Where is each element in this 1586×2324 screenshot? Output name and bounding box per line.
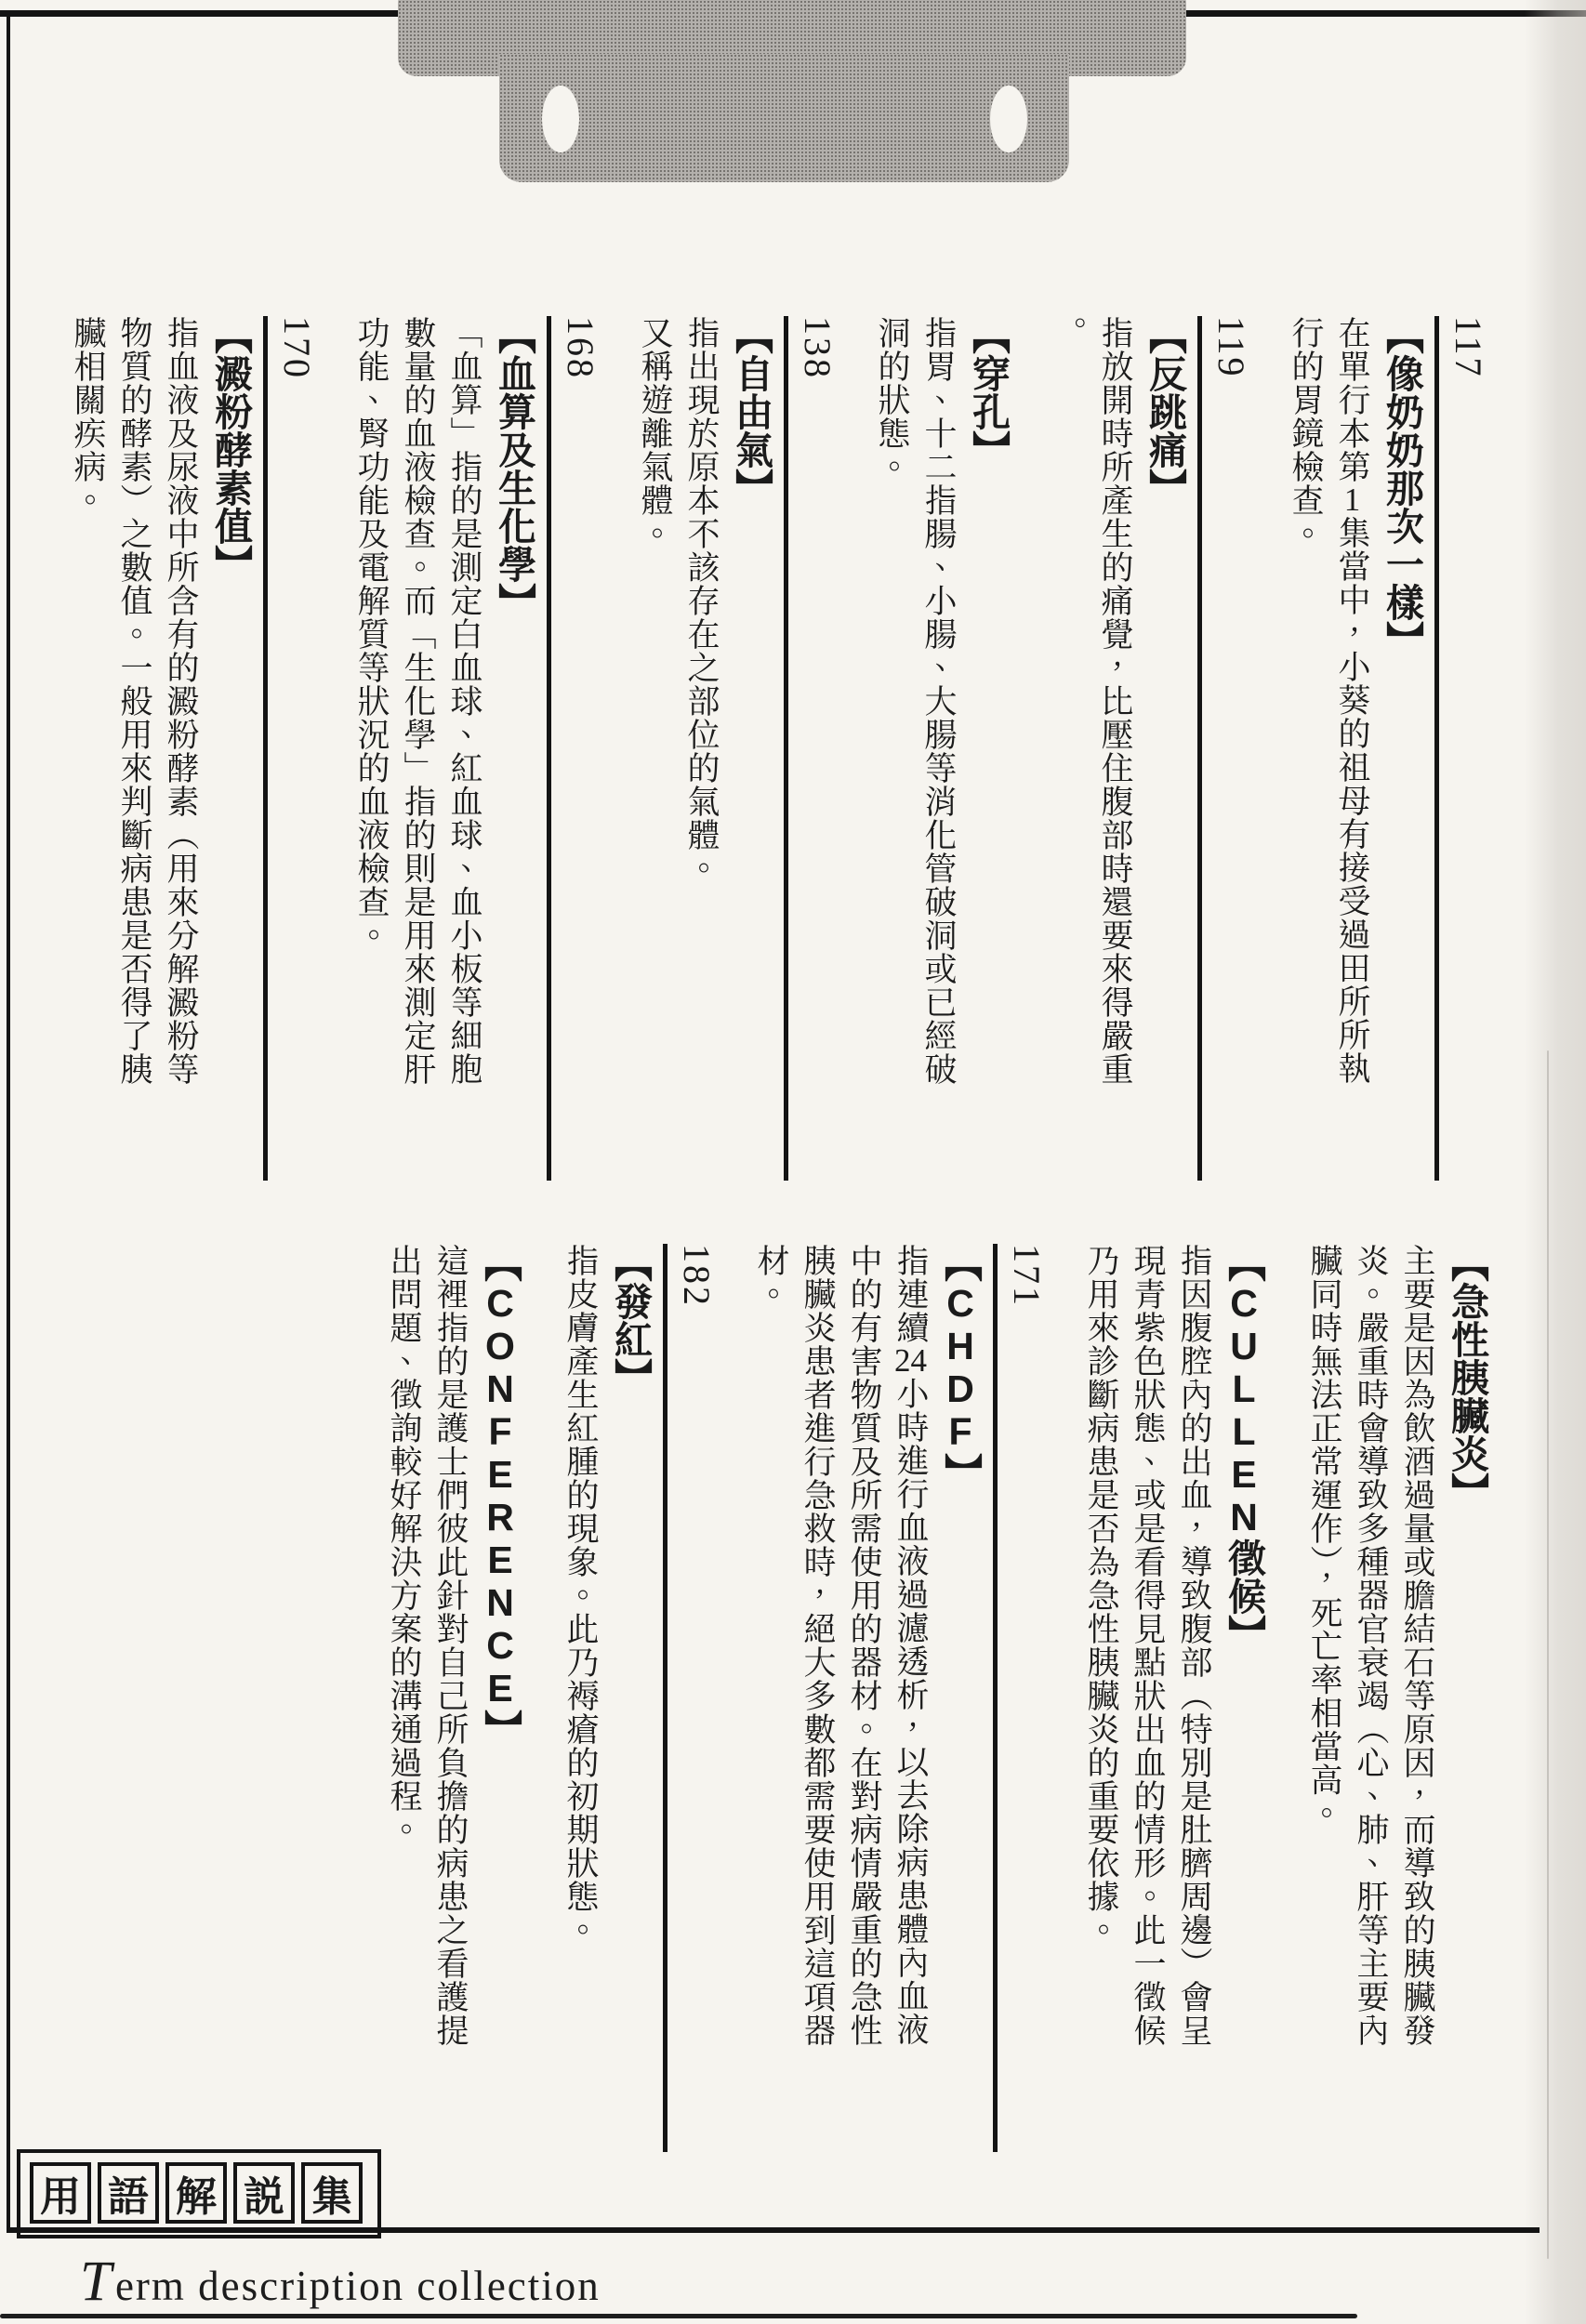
- page-number-text: 168: [560, 316, 601, 380]
- plate-hole-icon: [542, 86, 579, 152]
- entry-term: 【CHDF】: [933, 1244, 987, 2152]
- definition-column: 指出現於原本不該存在之部位的氣體。: [678, 316, 724, 1181]
- entry-page-number: 119: [1197, 316, 1252, 1181]
- page-number-text: 117: [1447, 316, 1489, 379]
- entry-page-number: 170: [263, 316, 318, 1181]
- stamp-character: 語: [98, 2162, 159, 2224]
- glossary-entry: 【穿孔】指胃、十二指腸、小腸、大腸等消化管破洞或已經破洞的狀態。: [868, 316, 1015, 1181]
- definition-column: 乃用來診斷病患是否為急性胰臟炎的重要依據。: [1077, 1244, 1124, 2152]
- stamp-character: 説: [233, 2162, 295, 2224]
- definition-column: 炎。嚴重時會導致多種器官衰竭（心、肺、肝等主要內: [1347, 1244, 1394, 2152]
- glossary-entry: 170【澱粉酵素值】指血液及尿液中所含有的澱粉酵素（用來分解澱粉等物質的酵素）之…: [64, 316, 318, 1181]
- page-number-text: 171: [1006, 1244, 1048, 1308]
- entry-page-number: 182: [663, 1244, 718, 2152]
- torn-paper-edge: [1525, 0, 1586, 2324]
- entry-term: 【發紅】: [603, 1244, 657, 2152]
- glossary-stamp: 用語解説集: [17, 2149, 381, 2238]
- page-number-text: 119: [1210, 316, 1252, 379]
- glossary-section-top: 117【像奶奶那次一樣】在單行本第1集當中，小葵的祖母有接受過田所所執行的胃鏡檢…: [34, 316, 1489, 1181]
- definition-column: 在單行本第1集當中，小葵的祖母有接受過田所所執: [1328, 316, 1375, 1181]
- definition-column: 出問題、徵詢較好解決方案的溝通過程。: [380, 1244, 427, 2152]
- entry-term: 【穿孔】: [961, 316, 1015, 1181]
- scan-bottom-edge: [0, 2314, 1357, 2318]
- glossary-section-bottom: 【急性胰臟炎】主要是因為飲酒過量或膽結石等原因，而導致的胰臟發炎。嚴重時會導致多…: [350, 1244, 1494, 2152]
- plate-hole-icon: [990, 86, 1027, 152]
- definition-column: 物質的酵素）之數值。一般用來判斷病患是否得了胰: [111, 316, 157, 1181]
- definition-column: 「血算」指的是測定白血球、紅血球、血小板等細胞: [441, 316, 487, 1181]
- entry-page-number: 171: [993, 1244, 1048, 2152]
- definition-column: 臟相關疾病。: [64, 316, 111, 1181]
- entry-page-number: 168: [547, 316, 601, 1181]
- glossary-entry: 171【CHDF】指連續24小時進行血液過濾透析，以去除病患體內血液中的有害物質…: [747, 1244, 1048, 2152]
- definition-column: 指連續24小時進行血液過濾透析，以去除病患體內血液: [887, 1244, 933, 2152]
- definition-column: 這裡指的是護士們彼此針對自己所負擔的病患之看護提: [427, 1244, 473, 2152]
- definition-column: 數量的血液檢查。而「生化學」指的則是用來測定肝: [394, 316, 441, 1181]
- definition-column: 臟同時無法正常運作），死亡率相當高。: [1301, 1244, 1347, 2152]
- definition-column: 功能、腎功能及電解質等狀況的血液檢查。: [348, 316, 394, 1181]
- entry-term: 【CONFERENCE】: [473, 1244, 527, 2152]
- paper-crease: [1547, 1050, 1549, 2259]
- definition-column: 胰臟炎患者進行急救時，絕大多數都需要使用到這項器: [794, 1244, 840, 2152]
- definition-column: 材。: [747, 1244, 794, 2152]
- definition-column: 指因腹腔內的出血，導致腹部（特別是肚臍周邊）會呈: [1170, 1244, 1217, 2152]
- entry-page-number: 117: [1434, 316, 1489, 1181]
- definition-column: 主要是因為飲酒過量或膽結石等原因，而導致的胰臟發: [1394, 1244, 1440, 2152]
- page-number-text: 182: [676, 1244, 718, 1308]
- halftone-plate-lower: [499, 54, 1069, 182]
- stamp-character: 集: [301, 2162, 363, 2224]
- entry-term: 【澱粉酵素值】: [204, 316, 258, 1181]
- stamp-character: 解: [165, 2162, 227, 2224]
- glossary-entry: 168【血算及生化學】「血算」指的是測定白血球、紅血球、血小板等細胞數量的血液檢…: [348, 316, 601, 1181]
- page-border-left-line: [7, 10, 10, 2233]
- glossary-entry: 【急性胰臟炎】主要是因為飲酒過量或膽結石等原因，而導致的胰臟發炎。嚴重時會導致多…: [1301, 1244, 1494, 2152]
- glossary-entry: 117【像奶奶那次一樣】在單行本第1集當中，小葵的祖母有接受過田所所執行的胃鏡檢…: [1282, 316, 1489, 1181]
- definition-column: 現青紫色狀態、或是看得見點狀出血的情形。此一徵候: [1124, 1244, 1170, 2152]
- glossary-entry: 119【反跳痛】指放開時所產生的痛覺，比壓住腹部時還要來得嚴重。: [1045, 316, 1252, 1181]
- glossary-entry: 138【自由氣】指出現於原本不該存在之部位的氣體。又稱遊離氣體。: [631, 316, 839, 1181]
- definition-column: 中的有害物質及所需使用的器材。在對病情嚴重的急性: [840, 1244, 887, 2152]
- entry-page-number: 138: [784, 316, 839, 1181]
- definition-column: 又稱遊離氣體。: [631, 316, 678, 1181]
- footer-caption: Term description collection: [80, 2253, 601, 2310]
- definition-column: 指胃、十二指腸、小腸、大腸等消化管破洞或已經破: [915, 316, 961, 1181]
- page-number-text: 138: [797, 316, 839, 380]
- definition-column: 指放開時所產生的痛覺，比壓住腹部時還要來得嚴重: [1091, 316, 1138, 1181]
- glossary-entry: 【CONFERENCE】這裡指的是護士們彼此針對自己所負擔的病患之看護提出問題、…: [380, 1244, 527, 2152]
- entry-term: 【像奶奶那次一樣】: [1375, 316, 1429, 1181]
- entry-term: 【血算及生化學】: [487, 316, 541, 1181]
- definition-column: 洞的狀態。: [868, 316, 915, 1181]
- entry-term: 【反跳痛】: [1138, 316, 1192, 1181]
- definition-column: 指皮膚產生紅腫的現象。此乃褥瘡的初期狀態。: [557, 1244, 603, 2152]
- page-number-text: 170: [276, 316, 318, 380]
- caption-initial: T: [80, 2251, 113, 2313]
- entry-term: 【急性胰臟炎】: [1440, 1244, 1494, 2152]
- glossary-entry: 【CULLEN徵候】指因腹腔內的出血，導致腹部（特別是肚臍周邊）會呈現青紫色狀態…: [1077, 1244, 1271, 2152]
- definition-column: 。: [1045, 316, 1091, 1181]
- glossary-entry: 182【發紅】指皮膚產生紅腫的現象。此乃褥瘡的初期狀態。: [557, 1244, 718, 2152]
- entry-term: 【自由氣】: [724, 316, 778, 1181]
- definition-column: 指血液及尿液中所含有的澱粉酵素（用來分解澱粉等: [157, 316, 204, 1181]
- entry-term: 【CULLEN徵候】: [1217, 1244, 1271, 2152]
- scanned-glossary-page: 117【像奶奶那次一樣】在單行本第1集當中，小葵的祖母有接受過田所所執行的胃鏡檢…: [0, 0, 1586, 2324]
- definition-column: 行的胃鏡檢查。: [1282, 316, 1328, 1181]
- stamp-character: 用: [30, 2162, 91, 2224]
